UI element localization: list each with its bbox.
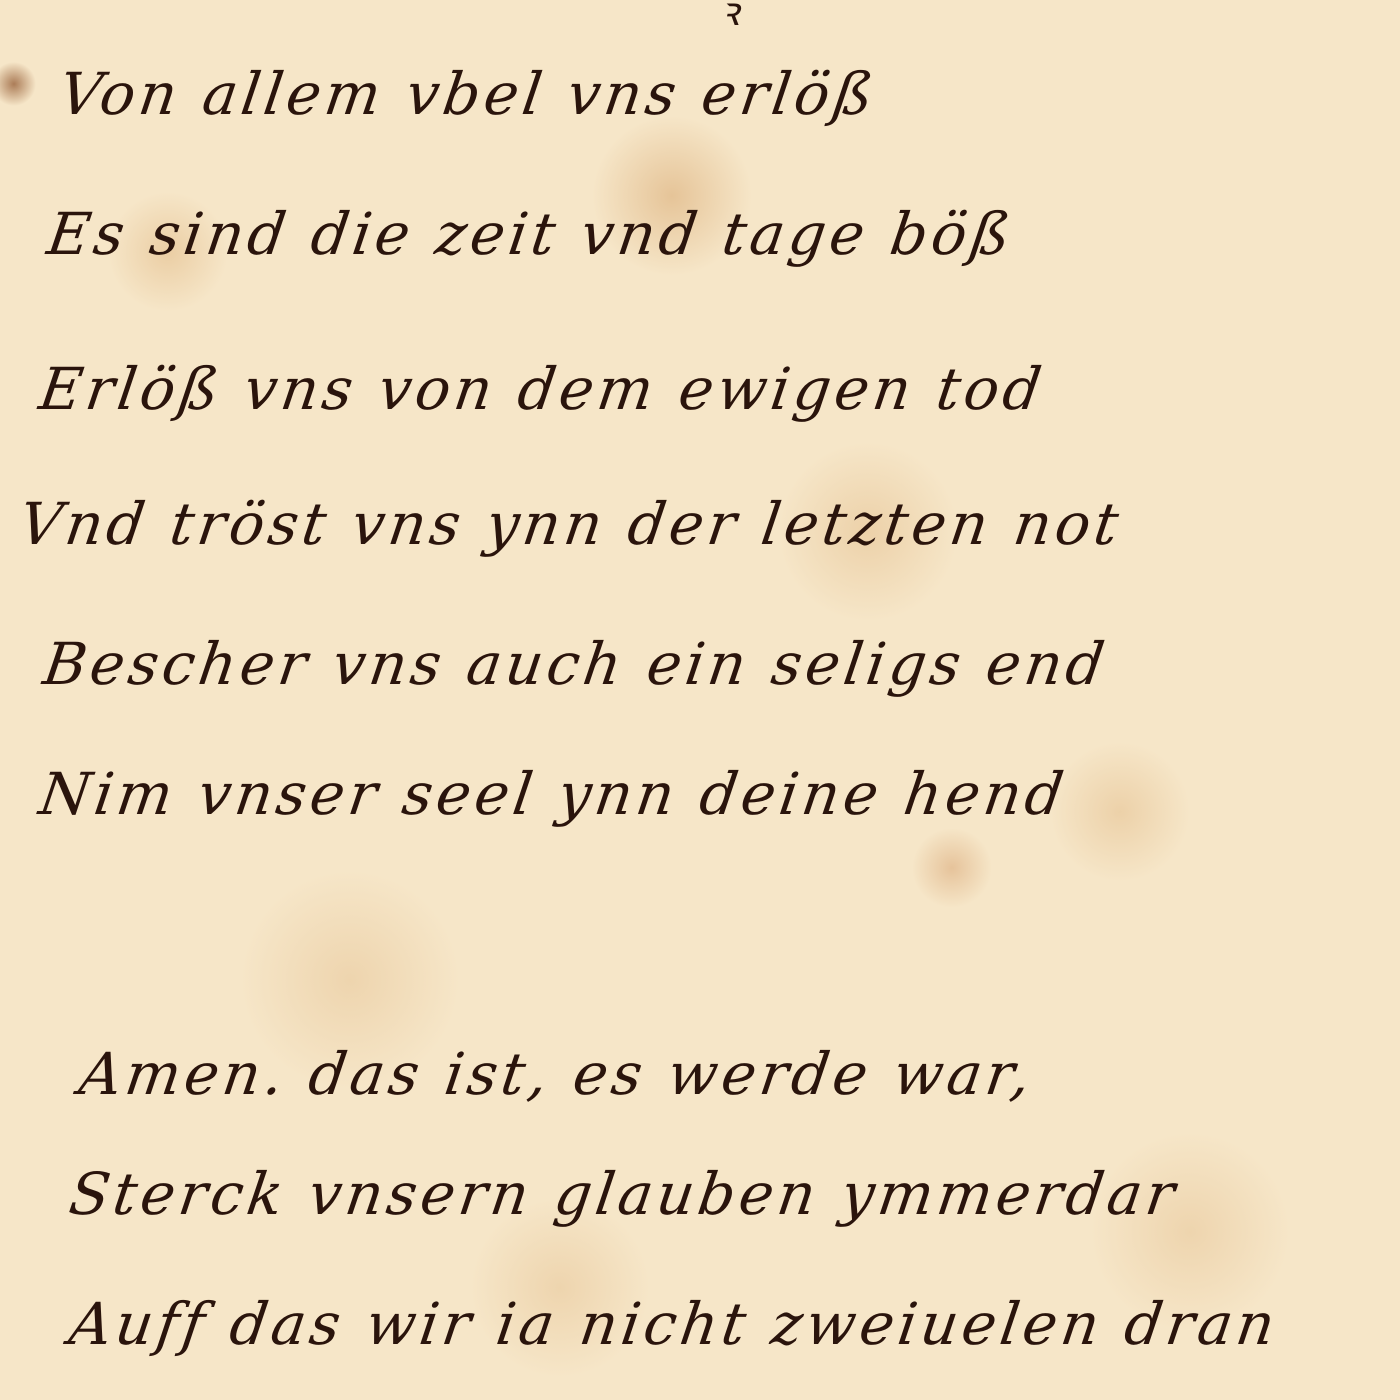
manuscript-line-4: Vnd tröst vns ynn der letzten not [15,490,1126,558]
manuscript-line-7: Amen. das ist, es werde war, [75,1040,1039,1108]
manuscript-page: ꝛ Von allem vbel vns erlöß Es sind die z… [0,0,1400,1400]
manuscript-line-1: Von allem vbel vns erlöß [55,60,881,128]
manuscript-line-3: Erlöß vns von dem ewigen tod [35,355,1049,423]
manuscript-line-8: Sterck vnsern glauben ymmerdar [65,1160,1183,1228]
cropped-text-fragment: ꝛ [720,0,739,37]
manuscript-line-2: Es sind die zeit vnd tage böß [43,200,1018,268]
manuscript-line-9: Auff das wir ia nicht zweiuelen dran [65,1290,1283,1358]
manuscript-line-6: Nim vnser seel ynn deine hend [35,760,1071,828]
manuscript-line-5: Bescher vns auch ein seligs end [39,630,1112,698]
